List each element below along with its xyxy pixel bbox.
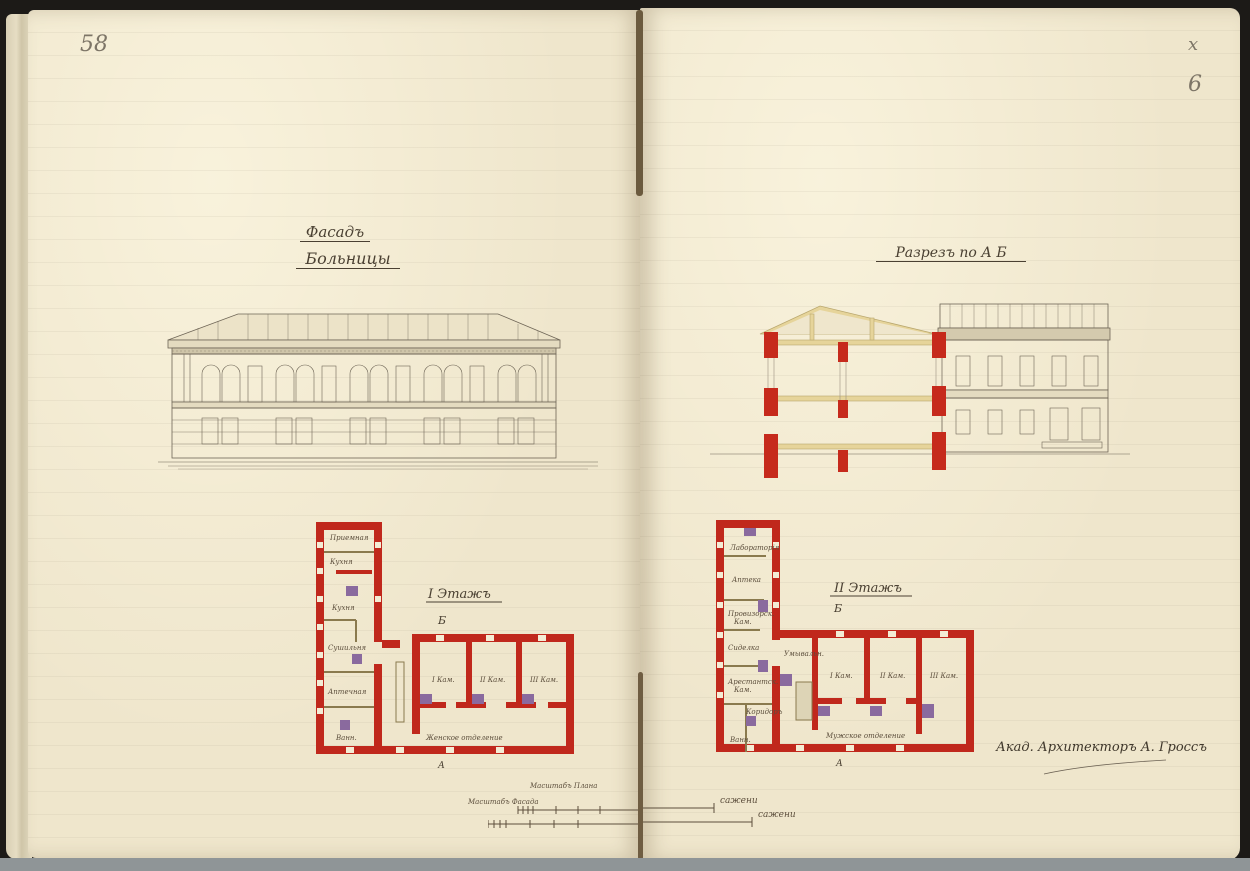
scale-unit-label-2: сажени — [758, 810, 796, 820]
floor-plan-2: Лабораторія Аптека Провизорск. Кам. Сиде… — [716, 520, 986, 770]
corridor-label: Женское отделение — [425, 734, 503, 742]
left-page: 58 Фасадъ Больницы — [28, 10, 640, 858]
section-marker-a: А — [437, 761, 445, 771]
floor-1-title: I Этажъ — [427, 587, 491, 602]
architect-signature: Акад. Архитекторъ А. Гроссъ — [996, 740, 1207, 755]
room-label: Кам. — [733, 686, 752, 694]
facade-title-line1: Фасадъ — [300, 224, 370, 242]
room-label: Аптечная — [327, 688, 367, 696]
section-title: Разрезъ по А Б — [876, 246, 1026, 262]
facade-title-line2: Больницы — [296, 250, 400, 269]
corridor-label: Мужское отделение — [825, 732, 905, 740]
folio-mark: x — [1188, 34, 1198, 55]
room-label: Провизорск. — [727, 610, 774, 618]
room-label: Кухня — [329, 558, 353, 566]
scale-unit-label-1: сажени — [720, 796, 758, 806]
room-label: I Кам. — [431, 676, 455, 684]
room-label: II Кам. — [879, 672, 905, 680]
book-spine-top — [636, 10, 643, 196]
room-label: Ванн. — [729, 736, 751, 744]
scale-label-plan: Масштабъ Плана — [530, 782, 597, 790]
folio-number-right: 6 — [1188, 72, 1202, 97]
right-page: x 6 Разрезъ по А Б — [640, 8, 1240, 860]
room-label: Арестантск. — [727, 678, 778, 686]
room-label: Умывальн. — [784, 650, 824, 658]
folio-number-left: 58 — [80, 32, 108, 57]
section-marker-b: Б — [437, 614, 446, 627]
section-marker-b: Б — [833, 602, 842, 615]
floor-2-title: II Этажъ — [833, 581, 902, 596]
room-label: III Кам. — [529, 676, 558, 684]
scan-bottom-strip — [0, 858, 1250, 871]
signature-flourish — [1040, 756, 1170, 778]
room-label: Приемная — [329, 534, 369, 542]
room-label: Сушильня — [328, 644, 366, 652]
room-label: I Кам. — [829, 672, 853, 680]
room-label: Лабораторія — [729, 544, 780, 552]
room-label: III Кам. — [929, 672, 958, 680]
room-label: Коридоръ — [745, 708, 783, 716]
floor-plan-1: Приемная Кухня Кухня Сушильня Аптечная В… — [316, 522, 586, 772]
scanned-book-spread: 58 Фасадъ Больницы — [0, 0, 1250, 871]
room-label: Аптека — [731, 576, 761, 584]
room-label: Ванн. — [335, 734, 357, 742]
section-drawing — [710, 296, 1130, 486]
facade-elevation-drawing — [128, 298, 598, 478]
room-label: Кам. — [733, 618, 752, 626]
room-label: Сиделка — [728, 644, 759, 652]
scale-bar-facade — [488, 800, 648, 830]
room-label: II Кам. — [479, 676, 505, 684]
room-label: Кухня — [331, 604, 355, 612]
book-spine-bottom — [638, 672, 643, 860]
section-marker-a: А — [835, 759, 843, 769]
